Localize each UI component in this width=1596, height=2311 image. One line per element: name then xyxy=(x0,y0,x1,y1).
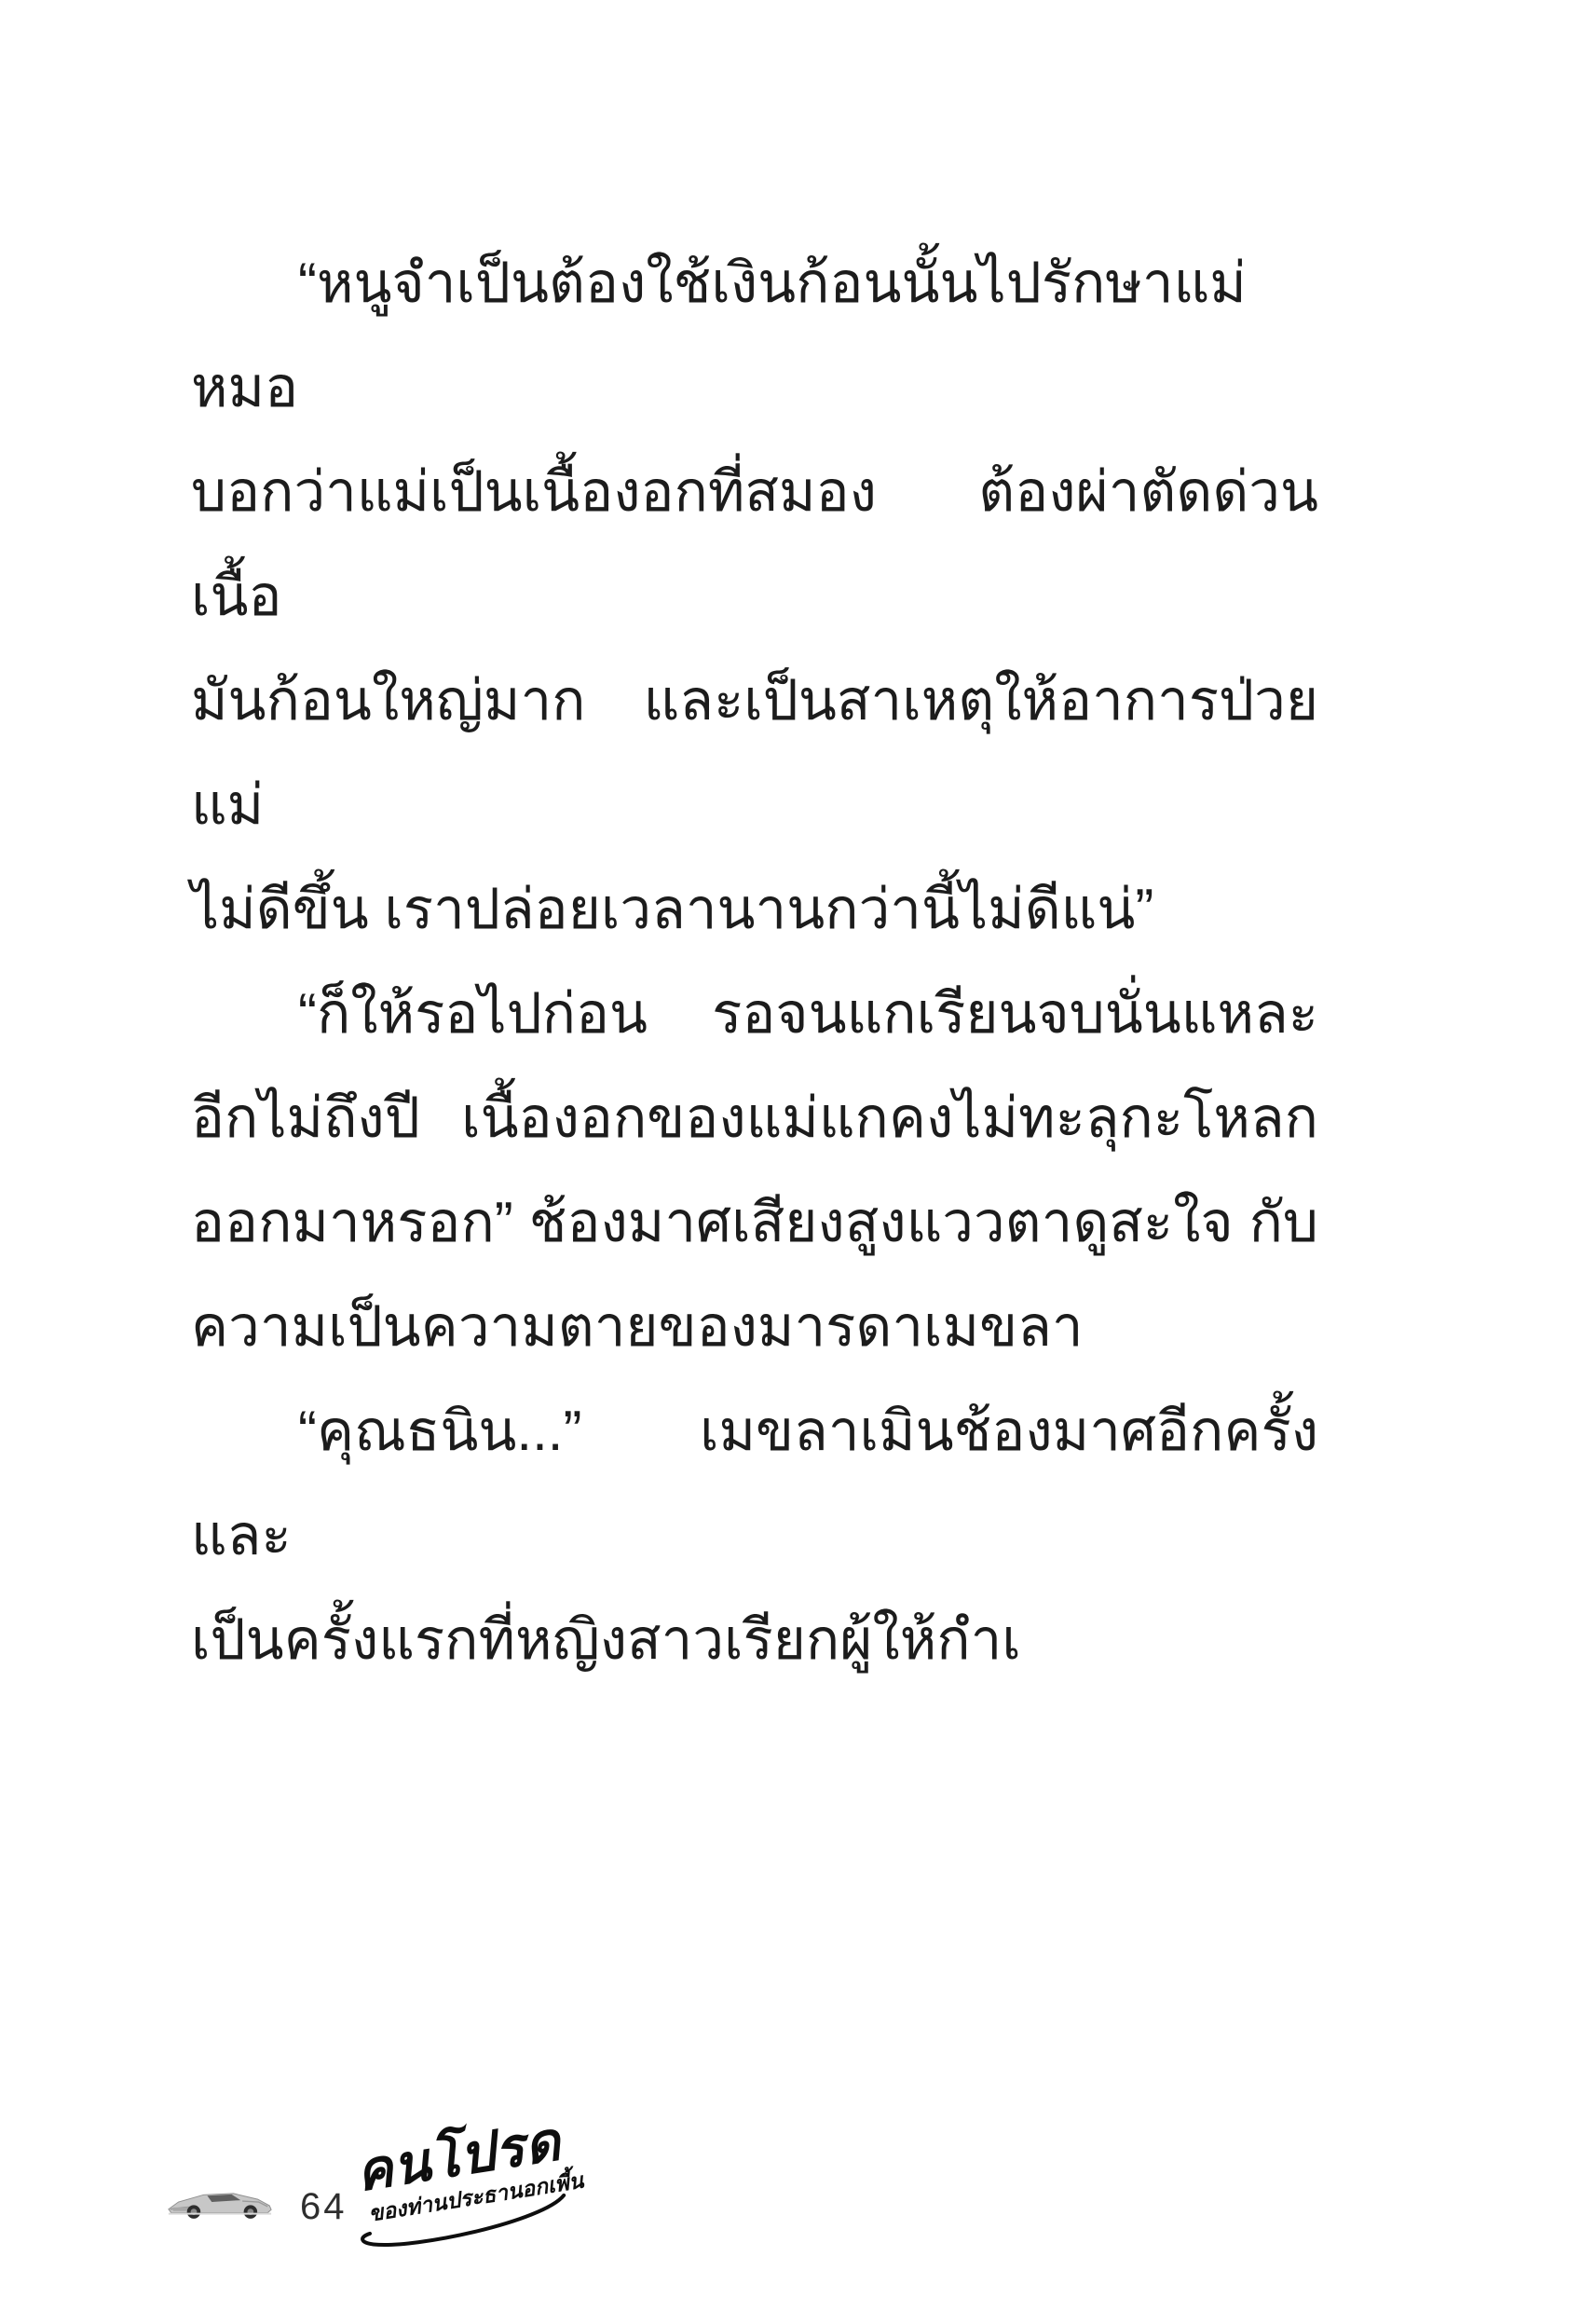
body-text-line: อีกไม่ถึงปี เนื้องอกของแม่แกคงไม่ทะลุกะโ… xyxy=(191,1066,1318,1170)
body-text-line: ออกมาหรอก” ช้องมาศเสียงสูงแววตาดูสะใจ กั… xyxy=(191,1170,1318,1275)
body-text-line: ไม่ดีขึ้น เราปล่อยเวลานานกว่านี้ไม่ดีแน่… xyxy=(191,857,1318,962)
body-text: “หนูจำเป็นต้องใช้เงินก้อนนั้นไปรักษาแม่ … xyxy=(191,231,1318,1692)
body-text-line: บอกว่าแม่เป็นเนื้องอกที่สมอง ต้องผ่าตัดด… xyxy=(191,440,1318,649)
sports-car-icon xyxy=(166,2181,274,2225)
page-footer: 64 คนโปรด ของท่านประธานอกเพี้น xyxy=(0,2125,1596,2311)
body-text-line: ความเป็นความตายของมารดาเมขลา xyxy=(191,1275,1318,1379)
book-page: “หนูจำเป็นต้องใช้เงินก้อนนั้นไปรักษาแม่ … xyxy=(0,0,1596,2311)
body-text-line: “คุณธนิน...” เมขลาเมินช้องมาศอีกครั้ง แล… xyxy=(191,1379,1318,1588)
body-text-line: เป็นครั้งแรกที่หญิงสาวเรียกผู้ให้กำเ xyxy=(191,1588,1318,1692)
page-number: 64 xyxy=(300,2186,348,2228)
body-text-line: มันก้อนใหญ่มาก และเป็นสาเหตุให้อาการป่วย… xyxy=(191,649,1318,857)
body-text-line: “หนูจำเป็นต้องใช้เงินก้อนนั้นไปรักษาแม่ … xyxy=(191,231,1318,440)
book-logo: คนโปรด ของท่านประธานอกเพี้น xyxy=(352,2113,581,2257)
body-text-line: “ก็ให้รอไปก่อน รอจนแกเรียนจบนั่นแหละ xyxy=(191,962,1318,1066)
